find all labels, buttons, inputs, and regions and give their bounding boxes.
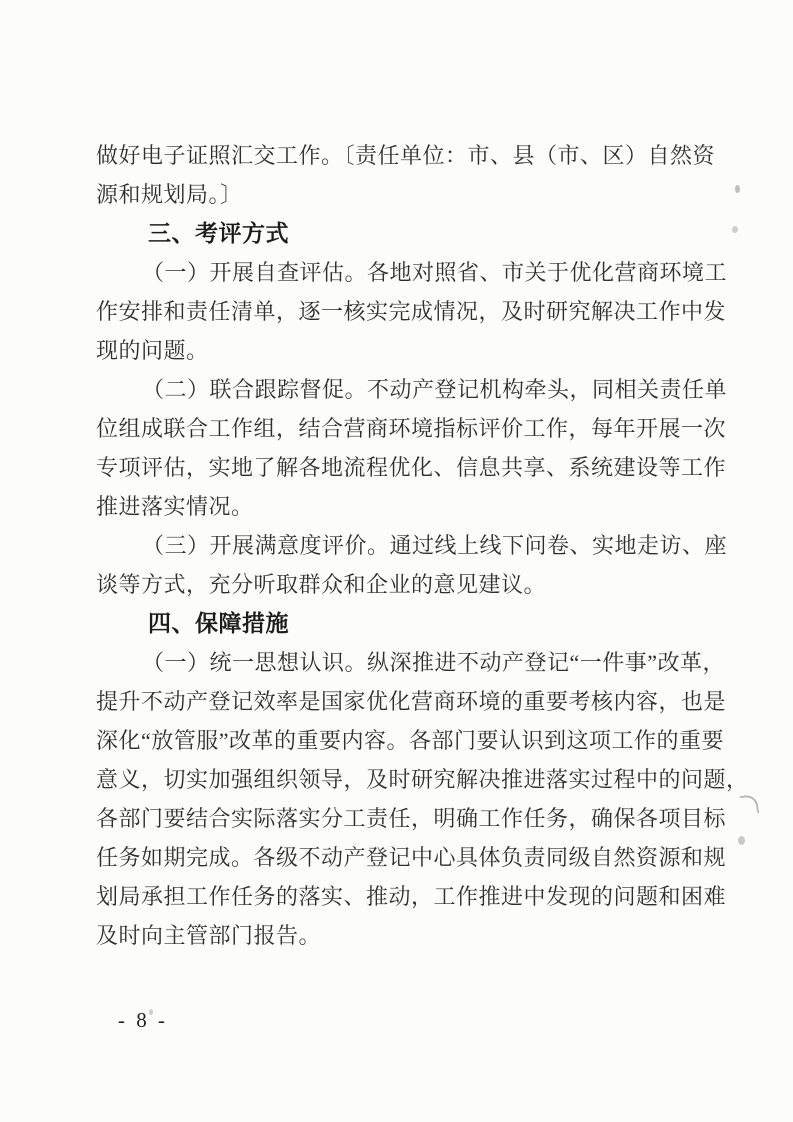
document-line: 推进落实情况。: [96, 487, 718, 526]
document-line: 源和规划局。〕: [96, 175, 718, 214]
scan-speck: [735, 185, 740, 193]
document-line: 深化“放管服”改革的重要内容。各部门要认识到这项工作的重要: [96, 721, 718, 760]
document-line: 各部门要结合实际落实分工责任，明确工作任务，确保各项目标: [96, 799, 718, 838]
document-line: 作安排和责任清单，逐一核实完成情况，及时研究解决工作中发: [96, 292, 718, 331]
document-line: （三）开展满意度评价。通过线上线下问卷、实地走访、座: [96, 526, 718, 565]
document-line: 任务如期完成。各级不动产登记中心具体负责同级自然资源和规: [96, 838, 718, 877]
document-line: 谈等方式，充分听取群众和企业的意见建议。: [96, 565, 718, 604]
document-page: 做好电子证照汇交工作。〔责任单位：市、县（市、区）自然资 源和规划局。〕 三、考…: [0, 0, 793, 1122]
document-line: 意义，切实加强组织领导，及时研究解决推进落实过程中的问题，: [96, 760, 718, 799]
document-line: 做好电子证照汇交工作。〔责任单位：市、县（市、区）自然资: [96, 136, 718, 175]
document-body: 做好电子证照汇交工作。〔责任单位：市、县（市、区）自然资 源和规划局。〕 三、考…: [96, 136, 718, 955]
scan-speck: [732, 226, 738, 233]
page-number: - 8 -: [118, 1008, 168, 1033]
document-line: （一）统一思想认识。纵深推进不动产登记“一件事”改革，: [96, 643, 718, 682]
document-line: 及时向主管部门报告。: [96, 916, 718, 955]
scan-speck: [738, 836, 745, 845]
document-line: 提升不动产登记效率是国家优化营商环境的重要考核内容，也是: [96, 682, 718, 721]
document-line: 位组成联合工作组，结合营商环境指标评价工作，每年开展一次: [96, 409, 718, 448]
scan-speck: [149, 1009, 153, 1015]
scan-mark: [739, 794, 760, 816]
document-line: 划局承担工作任务的落实、推动，工作推进中发现的问题和困难: [96, 877, 718, 916]
document-line: 专项评估，实地了解各地流程优化、信息共享、系统建设等工作: [96, 448, 718, 487]
document-line: （二）联合跟踪督促。不动产登记机构牵头，同相关责任单: [96, 370, 718, 409]
document-line: （一）开展自查评估。各地对照省、市关于优化营商环境工: [96, 253, 718, 292]
document-line: 现的问题。: [96, 331, 718, 370]
section-heading-4: 四、保障措施: [96, 604, 718, 643]
section-heading-3: 三、考评方式: [96, 214, 718, 253]
